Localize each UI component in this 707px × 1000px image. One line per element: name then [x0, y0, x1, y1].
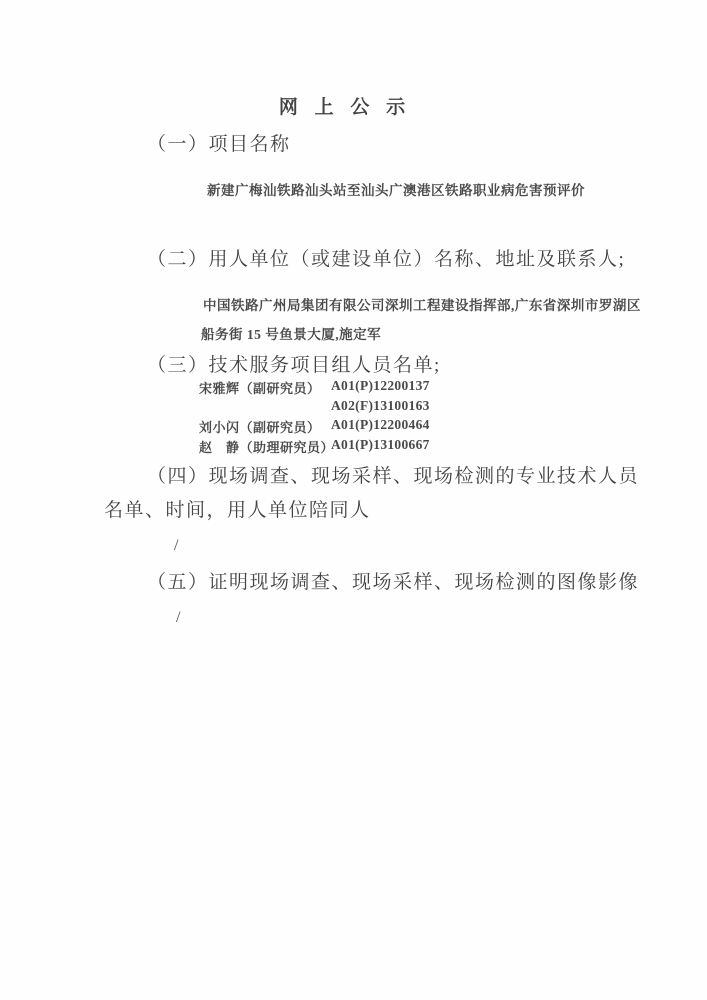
project-name-text: 新建广梅汕铁路汕头站至汕头广澳港区铁路职业病危害预评价	[207, 179, 585, 199]
section-5-heading: （五）证明现场调查、现场采样、现场检测的图像影像	[147, 567, 639, 594]
employer-address-line-2: 船务街 15 号鱼景大厦,施定军	[201, 323, 381, 343]
document-title: 网 上 公 示	[0, 92, 690, 119]
member-cert-number: A02(F)13100163	[331, 398, 430, 414]
member-cert-number: A01(P)12200464	[331, 417, 430, 433]
section-4-value-slash: /	[174, 537, 178, 555]
member-cert-number: A01(P)12200137	[331, 378, 430, 394]
section-5-value-slash: /	[176, 609, 180, 627]
section-2-heading: （二）用人单位（或建设单位）名称、地址及联系人;	[147, 244, 625, 271]
section-4-heading-line-1: （四）现场调查、现场采样、现场检测的专业技术人员	[147, 461, 639, 488]
member-name: 赵 静（助理研究员）	[199, 437, 331, 456]
member-name: 刘小闪（副研究员）	[199, 417, 331, 436]
member-cert-number: A01(P)13100667	[331, 437, 430, 453]
employer-address-line-1: 中国铁路广州局集团有限公司深圳工程建设指挥部,广东省深圳市罗湖区	[203, 294, 641, 314]
team-member-row: 赵 静（助理研究员） A01(P)13100667	[199, 437, 430, 457]
team-member-row: A02(F)13100163	[199, 398, 430, 418]
section-4-heading-line-2: 名单、时间，用人单位陪同人	[104, 495, 371, 522]
section-1-heading: （一）项目名称	[147, 129, 291, 156]
member-name: 宋雅辉（副研究员）	[199, 378, 331, 397]
section-3-heading: （三）技术服务项目组人员名单;	[147, 350, 441, 377]
team-member-row: 宋雅辉（副研究员） A01(P)12200137	[199, 378, 430, 398]
team-member-row: 刘小闪（副研究员） A01(P)12200464	[199, 417, 430, 437]
document-page: 网 上 公 示 （一）项目名称 新建广梅汕铁路汕头站至汕头广澳港区铁路职业病危害…	[0, 0, 707, 1000]
project-team-list: 宋雅辉（副研究员） A01(P)12200137 A02(F)13100163 …	[199, 378, 430, 456]
